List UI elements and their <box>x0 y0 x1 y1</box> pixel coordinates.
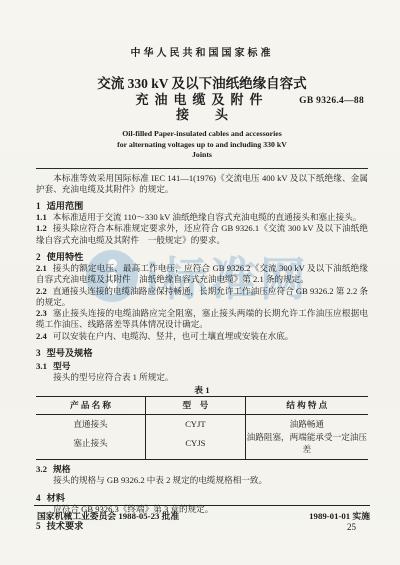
clause-1-2-number: 1.2 <box>36 223 47 233</box>
model-table: 产 品 名 称 型 号 结 构 特 点 直通接头 CYJT 油路畅通 塞止接头 … <box>36 396 368 461</box>
cell-product-name: 塞止接头 <box>36 431 146 460</box>
subsection-3-2-title: 规格 <box>53 464 71 474</box>
cell-feature: 油路畅通 <box>245 414 368 431</box>
clause-1-1-number: 1.1 <box>36 212 47 222</box>
approval-authority-text: 国家机械工业委员会 1988-05-23 批准 <box>37 509 179 522</box>
subsection-3-2-body: 接头的规格与 GB 9326.2 中表 2 规定的电缆规格相一致。 <box>36 475 368 486</box>
column-header-model: 型 号 <box>146 396 246 414</box>
section-4-number: 4 <box>36 493 41 503</box>
clause-2-2-text: 直通接头连接的电缆油路应保持畅通，长期允许工作油压应符合 GB 9326.2 第… <box>36 286 368 307</box>
page-number: 25 <box>347 522 356 532</box>
section-5-title: 技术要求 <box>47 521 84 531</box>
clause-1-2: 1.2接头除应符合本标准规定要求外，还应符合 GB 9326.1《交流 300 … <box>36 223 368 246</box>
subsection-3-1-title: 型号 <box>53 361 71 371</box>
section-4-heading: 4材料 <box>36 493 368 504</box>
section-1-title: 适用范围 <box>47 201 84 211</box>
header-divider <box>36 168 368 169</box>
clause-2-3-number: 2.3 <box>36 308 47 318</box>
section-2-heading: 2使用特性 <box>36 252 368 263</box>
subsection-3-2-heading: 3.2规格 <box>36 464 368 475</box>
clause-2-2-number: 2.2 <box>36 286 47 296</box>
subsection-3-1-body: 接头的型号应符合表 1 所规定。 <box>36 372 368 383</box>
intro-paragraph: 本标准等效采用国际标准 IEC 141—1(1976)《交流电压 400 kV … <box>36 173 368 196</box>
title-en-line2: for alternating voltages up to and inclu… <box>36 140 368 151</box>
section-5-number: 5 <box>36 521 41 531</box>
clause-1-1: 1.1本标准适用于交流 110～330 kV 油纸绝缘自容式充油电缆的直通接头和… <box>36 212 368 223</box>
clause-2-3: 2.3塞止接头连接的电缆油路应完全阻塞，塞止接头两端的长期允许工作油压应根据电缆… <box>36 308 368 331</box>
subsection-3-2-number: 3.2 <box>36 464 47 474</box>
footer-divider <box>34 505 370 506</box>
title-cn-line1: 交流 330 kV 及以下油纸绝缘自容式 <box>36 76 368 92</box>
model-table-header: 产 品 名 称 型 号 结 构 特 点 <box>36 396 368 414</box>
table-row: 直通接头 CYJT 油路畅通 <box>36 414 368 431</box>
section-1-heading: 1适用范围 <box>36 201 368 212</box>
clause-1-2-text: 接头除应符合本标准规定要求外，还应符合 GB 9326.1《交流 300 kV … <box>36 223 368 244</box>
model-table-body: 直通接头 CYJT 油路畅通 塞止接头 CYJS 油路阻塞，两端能承受一定油压差 <box>36 414 368 460</box>
section-2-title: 使用特性 <box>47 252 84 262</box>
subsection-3-1-heading: 3.1型号 <box>36 361 368 372</box>
footer: 国家机械工业委员会 1988-05-23 批准 1989-01-01 实施 <box>37 509 370 522</box>
implementation-date-text: 1989-01-01 实施 <box>309 509 370 522</box>
title-en-line1: Oil-filled Paper-insulated cables and ac… <box>36 129 368 140</box>
column-header-product-name: 产 品 名 称 <box>36 396 146 414</box>
title-en-line3: Joints <box>36 150 368 161</box>
clause-2-4-text: 可以安装在户内、电缆沟、竖井，也可土壤直埋或安装在水底。 <box>53 331 294 341</box>
column-header-structure-feature: 结 构 特 点 <box>245 396 368 414</box>
cell-feature: 油路阻塞，两端能承受一定油压差 <box>245 431 368 460</box>
clause-2-3-text: 塞止接头连接的电缆油路应完全阻塞，塞止接头两端的长期允许工作油压应根据电缆工作油… <box>36 308 368 329</box>
document-page: i标准网 GB 9326.4—88 中华人民共和国国家标准 交流 330 kV … <box>0 0 400 565</box>
section-5-heading: 5技术要求 <box>36 521 368 532</box>
section-3-title: 型号及规格 <box>47 348 93 358</box>
national-standard-label: 中华人民共和国国家标准 <box>36 44 368 59</box>
page-content: 中华人民共和国国家标准 交流 330 kV 及以下油纸绝缘自容式 充油电缆及附件… <box>0 44 400 532</box>
subsection-3-1-number: 3.1 <box>36 361 47 371</box>
table-header-row: 产 品 名 称 型 号 结 构 特 点 <box>36 396 368 414</box>
clause-2-1: 2.1接头的额定电压、最高工作电压，应符合 GB 9326.2《交流 300 k… <box>36 263 368 286</box>
clause-1-1-text: 本标准适用于交流 110～330 kV 油纸绝缘自容式充油电缆的直通接头和塞止接… <box>53 212 362 222</box>
cell-model: CYJT <box>146 414 246 431</box>
cell-model: CYJS <box>146 431 246 460</box>
cell-product-name: 直通接头 <box>36 414 146 431</box>
section-3-number: 3 <box>36 348 41 358</box>
section-2-number: 2 <box>36 252 41 262</box>
section-1-number: 1 <box>36 201 41 211</box>
section-3-heading: 3型号及规格 <box>36 348 368 359</box>
standard-number: GB 9326.4—88 <box>299 96 364 106</box>
section-4-title: 材料 <box>47 493 65 503</box>
clause-2-1-text: 接头的额定电压、最高工作电压，应符合 GB 9326.2《交流 300 kV 及… <box>36 263 368 284</box>
clause-2-4-number: 2.4 <box>36 331 47 341</box>
clause-2-1-number: 2.1 <box>36 263 47 273</box>
clause-2-2: 2.2直通接头连接的电缆油路应保持畅通，长期允许工作油压应符合 GB 9326.… <box>36 286 368 309</box>
title-cn-line3: 接 头 <box>36 107 368 122</box>
clause-2-4: 2.4可以安装在户内、电缆沟、竖井，也可土壤直埋或安装在水底。 <box>36 331 368 342</box>
title-en: Oil-filled Paper-insulated cables and ac… <box>36 129 368 161</box>
table-1-caption: 表 1 <box>36 385 368 395</box>
table-row: 塞止接头 CYJS 油路阻塞，两端能承受一定油压差 <box>36 431 368 460</box>
